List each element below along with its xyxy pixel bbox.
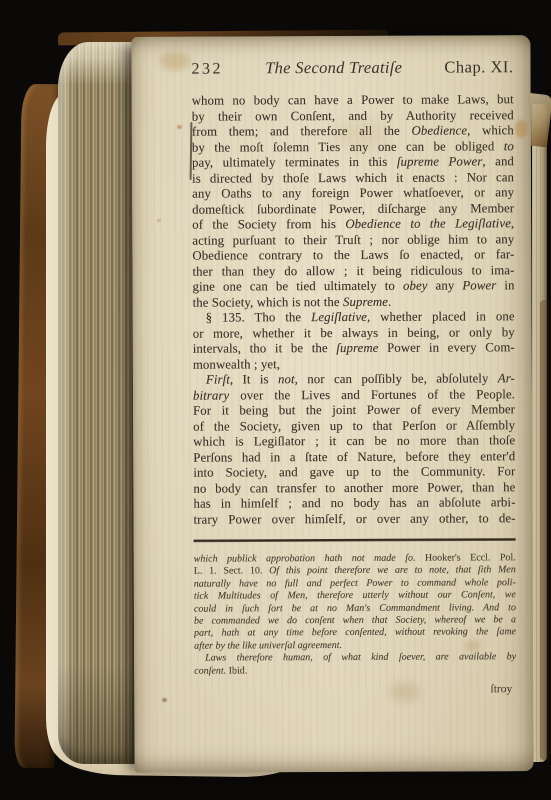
text-line: domeſtick ſubordinate Power, diſcharge a… (192, 201, 514, 218)
text-line: any Oaths to any foreign Power whatſoeve… (192, 185, 514, 202)
chapter-heading: Chap. XI. (444, 57, 513, 77)
text-line: from them; and therefore all the Obedien… (192, 123, 514, 140)
text-line: by the moſt ſolemn Ties any one can be o… (192, 139, 514, 156)
text-line: ther than they do allow ; it being ridic… (192, 263, 514, 280)
text-line: Perſons had in a ſtate of Nature, before… (193, 449, 515, 466)
text-line: Firſt, It is not, nor can poſſibly be, a… (193, 371, 515, 388)
catchword-row: ſtroy (194, 682, 516, 697)
text-line: For it being but the joint Power of ever… (193, 402, 515, 419)
text-line: which is Legiſlator ; it can be no more … (193, 433, 515, 450)
marginal-ink-dot (177, 125, 182, 129)
footnote-text: which publick approbation hath not made … (194, 552, 517, 677)
footnote-divider-rule (194, 538, 516, 541)
book-fore-edge-pages (58, 42, 142, 764)
text-line: trary Power over himſelf, or over any ot… (193, 511, 515, 528)
text-line: the Society, which is not the Supreme. (193, 294, 515, 311)
text-line: conſent. Ibid. (194, 664, 516, 678)
text-line: Obedience contrary to the Laws ſo enacte… (192, 247, 514, 264)
text-line: part, hath at any time before conſented,… (194, 627, 516, 641)
running-title: The Second Treatiſe (265, 58, 402, 79)
running-header: 232 The Second Treatiſe Chap. XI. (191, 57, 513, 80)
text-line: by their own Conſent, and by Authority r… (192, 108, 514, 125)
text-line: is directed by thoſe Laws which it enact… (192, 170, 514, 187)
text-line: or more, whether it be always in being, … (193, 325, 515, 342)
text-line: has in himſelf ; and no body has an abſo… (193, 495, 515, 512)
text-line: no body can transfer to another more Pow… (193, 480, 515, 497)
text-line: acting purſuant to their Truſt ; nor obl… (192, 232, 514, 249)
page-text-block: 232 The Second Treatiſe Chap. XI. whom n… (191, 57, 516, 697)
text-line: gine one can be tied ultimately to obey … (192, 278, 514, 295)
text-line: intervals, tho it be the ſupreme Power i… (193, 340, 515, 357)
body-text: whom no body can have a Power to make La… (192, 92, 516, 527)
text-line: pay, ultimately terminates in this ſupre… (192, 154, 514, 171)
text-line: monwealth ; yet, (193, 356, 515, 373)
photo-background: 232 The Second Treatiſe Chap. XI. whom n… (0, 0, 551, 800)
text-line: § 135. Tho the Legiſlative, whether plac… (193, 309, 515, 326)
text-line: into Society, and gave up to the Communi… (193, 464, 515, 481)
text-line: Laws therefore human, of what kind ſoeve… (194, 651, 516, 665)
marginal-ink-dot (157, 219, 161, 222)
text-line: whom no body can have a Power to make La… (192, 92, 514, 109)
text-line: bitrary over the Lives and Fortunes of t… (193, 387, 515, 404)
text-line: of the Society, given up to that Perſon … (193, 418, 515, 435)
catchword: ſtroy (490, 683, 512, 695)
page-number: 232 (192, 60, 224, 78)
gutter-shadow (540, 300, 551, 760)
text-line: of the Society from his Obedience to the… (192, 216, 514, 233)
